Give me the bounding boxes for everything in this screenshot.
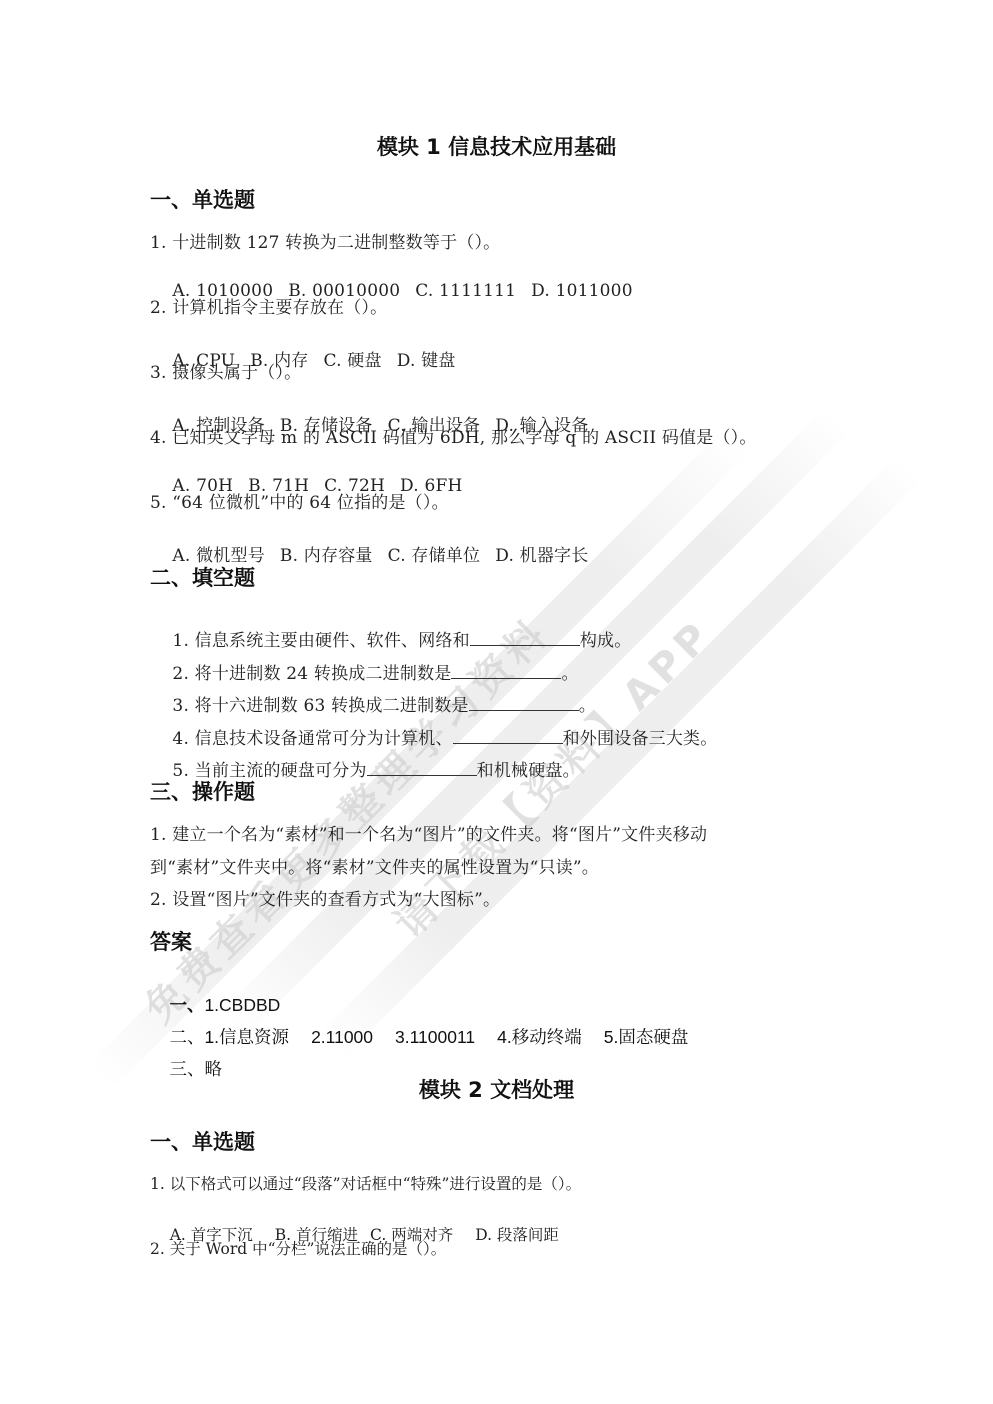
m1-q3-stem: 3. 摄像头属于（）。 (150, 358, 301, 383)
option: D. 段落间距 (475, 1223, 559, 1245)
option: D. 键盘 (397, 346, 456, 371)
option: C. 硬盘 (324, 346, 382, 371)
m1-op-line-3: 2. 设置“图片”文件夹的查看方式为“大图标”。 (150, 885, 500, 910)
option: B. 内存容量 (280, 541, 373, 566)
m2-single-choice-heading: 一、单选题 (150, 1126, 255, 1156)
m1-q1-stem: 1. 十进制数 127 转换为二进制整数等于（）。 (150, 228, 500, 253)
m1-op-line-1: 1. 建立一个名为“素材”和一个名为“图片”的文件夹。将“图片”文件夹移动 (150, 820, 707, 845)
answer-item: 3.1100011 (395, 1027, 475, 1048)
answer-item: 5.固态硬盘 (604, 1024, 689, 1049)
answer-item: 2.11000 (311, 1027, 373, 1048)
m1-answers-heading: 答案 (150, 926, 192, 956)
module-2-title: 模块 2 文档处理 (0, 1074, 993, 1104)
fill-text-after: 构成。 (580, 631, 632, 651)
answer-blank (367, 761, 477, 776)
m1-op-line-2: 到“素材”文件夹中。将“素材”文件夹的属性设置为“只读”。 (150, 853, 599, 878)
m1-q5-stem: 5. “64 位微机”中的 64 位指的是（）。 (150, 488, 449, 513)
m1-fill-blank-heading: 二、填空题 (150, 562, 255, 592)
m1-single-choice-heading: 一、单选题 (150, 184, 255, 214)
m1-operation-heading: 三、操作题 (150, 776, 255, 806)
document-page: 模块 1 信息技术应用基础 一、单选题 1. 十进制数 127 转换为二进制整数… (0, 0, 993, 1404)
option: C. 1111111 (415, 281, 516, 301)
m1-q2-stem: 2. 计算机指令主要存放在（）。 (150, 293, 387, 318)
module-1-title: 模块 1 信息技术应用基础 (0, 131, 993, 161)
option: C. 存储单位 (388, 541, 481, 566)
option: D. 机器字长 (495, 541, 588, 566)
option: D. 1011000 (531, 281, 633, 301)
answer-item: 4.移动终端 (497, 1024, 582, 1049)
m2-q2-stem: 2. 关于 Word 中“分栏”说法正确的是（）。 (150, 1237, 446, 1259)
fill-text-after: 和外围设备三大类。 (563, 729, 718, 749)
m2-q1-stem: 1. 以下格式可以通过“段落”对话框中“特殊”进行设置的是（）。 (150, 1172, 581, 1194)
m1-q4-stem: 4. 已知英文字母 m 的 ASCII 码值为 6DH, 那么字母 q 的 AS… (150, 423, 757, 448)
fill-text-after: 和机械硬盘。 (477, 761, 580, 781)
